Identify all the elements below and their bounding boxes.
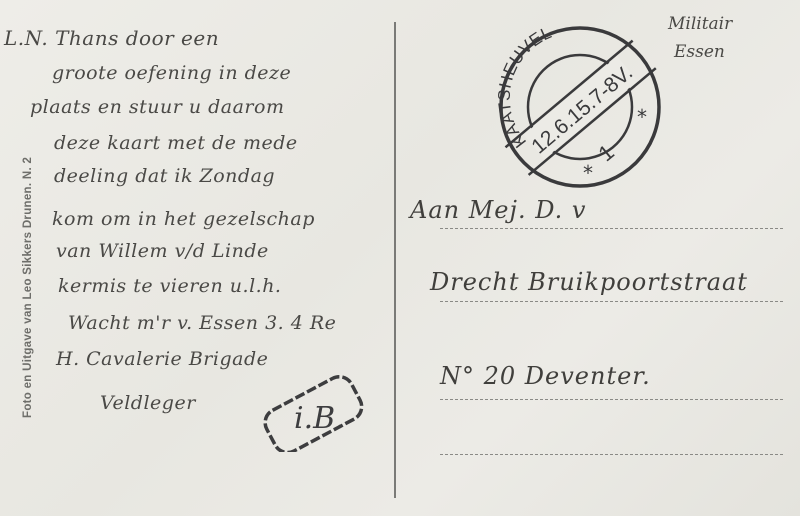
postmark-icon: 12.6.15.7-8V. KAATSHEUVEL * * 1 bbox=[497, 24, 663, 190]
message-line: kermis te vieren u.l.h. bbox=[58, 275, 281, 297]
message-line: van Willem v/d Linde bbox=[56, 240, 269, 262]
message-line: deeling dat ik Zondag bbox=[54, 165, 275, 187]
card-divider bbox=[394, 22, 396, 498]
military-note-line: Militair bbox=[668, 14, 732, 34]
address-dotted-line bbox=[440, 228, 783, 229]
postcard-back: Foto en Uitgave van Leo Sikkers Drunen. … bbox=[0, 0, 800, 516]
address-line: Drecht Bruikpoortstraat bbox=[430, 268, 748, 296]
postmark-date: 12.6.15.7-8V. bbox=[527, 61, 637, 158]
message-line: kom om in het gezelschap bbox=[52, 208, 315, 230]
postmark-number: 1 bbox=[593, 139, 618, 166]
postmark-star-icon: * bbox=[583, 161, 593, 185]
address-dotted-line bbox=[440, 454, 783, 455]
message-line: deze kaart met de mede bbox=[54, 132, 298, 154]
message-line: groote oefening in deze bbox=[52, 62, 291, 84]
message-line: Veldleger bbox=[100, 392, 196, 414]
censor-stamp-text: i.B. bbox=[294, 401, 345, 436]
military-note-line: Essen bbox=[674, 42, 725, 62]
message-line: plaats en stuur u daarom bbox=[30, 96, 284, 118]
message-line: L.N. Thans door een bbox=[4, 26, 219, 50]
address-dotted-line bbox=[440, 301, 783, 302]
postmark-star-icon: * bbox=[637, 105, 647, 129]
message-line: H. Cavalerie Brigade bbox=[56, 348, 268, 370]
address-line: Aan Mej. D. v bbox=[410, 196, 586, 224]
address-dotted-line bbox=[440, 399, 783, 400]
address-line: N° 20 Deventer. bbox=[440, 362, 651, 390]
message-line: Wacht m'r v. Essen 3. 4 Re bbox=[68, 312, 336, 334]
publisher-imprint: Foto en Uitgave van Leo Sikkers Drunen. … bbox=[22, 98, 34, 418]
censor-stamp-icon: i.B. bbox=[252, 372, 372, 452]
